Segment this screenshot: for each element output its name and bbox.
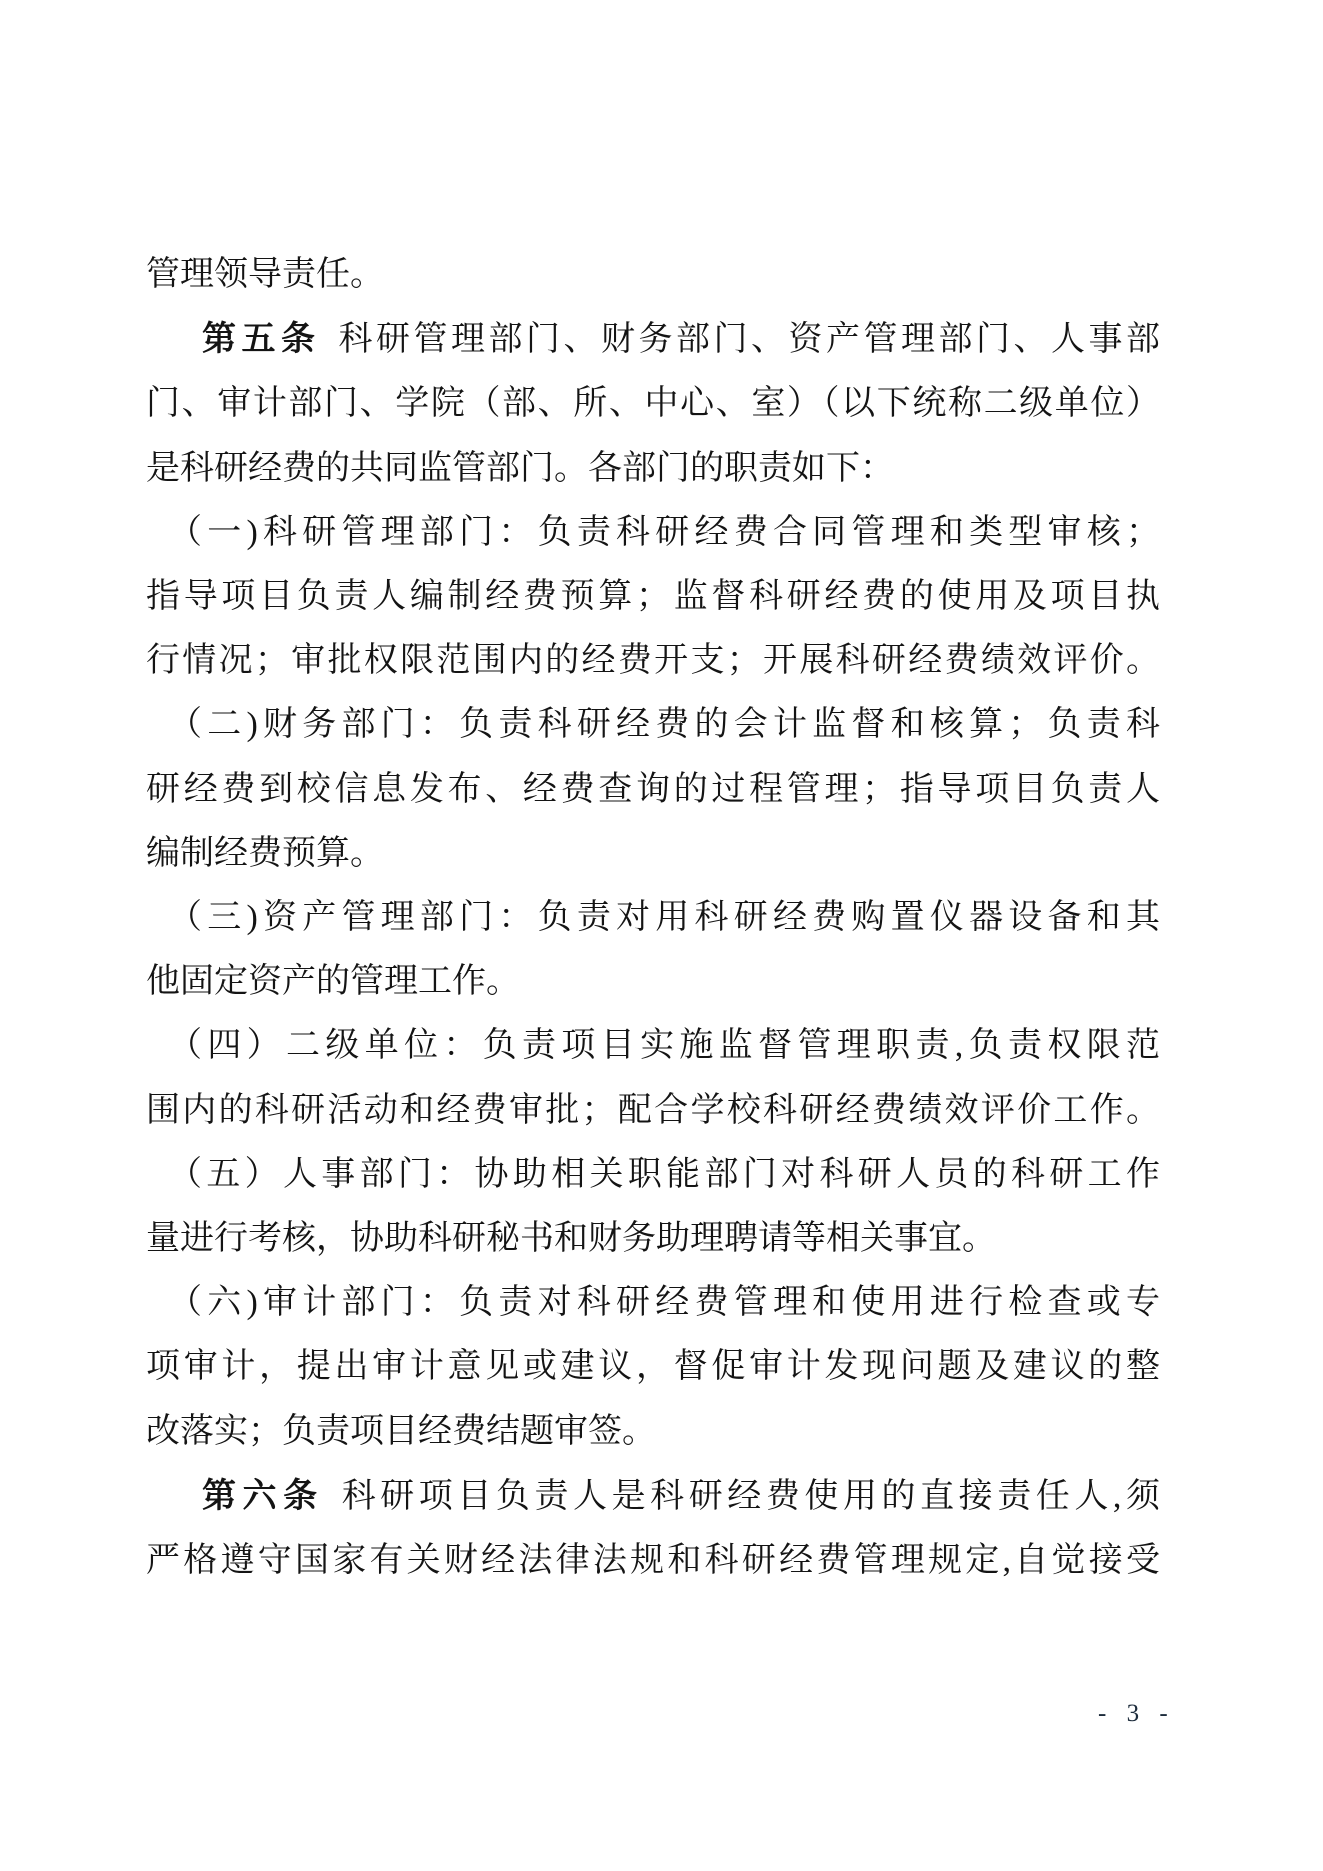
document-body: 管理领导责任。第五条科研管理部门、财务部门、资产管理部门、人事部门、审计部门、学…	[146, 243, 1160, 1593]
text-line-18: 项审计，提出审计意见或建议，督促审计发现问题及建议的整	[146, 1335, 1160, 1399]
document-page: 管理领导责任。第五条科研管理部门、财务部门、资产管理部门、人事部门、审计部门、学…	[0, 0, 1323, 1871]
text-line-20: 第六条科研项目负责人是科研经费使用的直接责任人,须	[146, 1464, 1160, 1529]
article-number-bold: 第五条	[202, 320, 321, 358]
text-line-16: 量进行考核，协助科研秘书和财务助理聘请等相关事宜。	[146, 1207, 1160, 1271]
text-line-7: 行情况；审批权限范围内的经费开支；开展科研经费绩效评价。	[146, 629, 1160, 693]
text-line-10: 编制经费预算。	[146, 822, 1160, 886]
text-line-5: （一)科研管理部门：负责科研经费合同管理和类型审核；	[146, 501, 1160, 565]
page-number: - 3 -	[1098, 1700, 1175, 1728]
article-number-bold: 第六条	[202, 1477, 324, 1515]
text-line-15: （五）人事部门：协助相关职能部门对科研人员的科研工作	[146, 1143, 1160, 1207]
text-line-11: （三)资产管理部门：负责对用科研经费购置仪器设备和其	[146, 886, 1160, 950]
text-line-3: 门、审计部门、学院（部、所、中心、室）（以下统称二级单位）	[146, 372, 1160, 436]
text-line-17: （六)审计部门：负责对科研经费管理和使用进行检查或专	[146, 1271, 1160, 1335]
text-line-8: （二)财务部门：负责科研经费的会计监督和核算；负责科	[146, 693, 1160, 757]
text-line-13: （四）二级单位：负责项目实施监督管理职责,负责权限范	[146, 1014, 1160, 1078]
text-line-4: 是科研经费的共同监管部门。各部门的职责如下：	[146, 437, 1160, 501]
text-line-14: 围内的科研活动和经费审批；配合学校科研经费绩效评价工作。	[146, 1079, 1160, 1143]
text-line-2: 第五条科研管理部门、财务部门、资产管理部门、人事部	[146, 307, 1160, 372]
text-line-6: 指导项目负责人编制经费预算；监督科研经费的使用及项目执	[146, 565, 1160, 629]
text-line-21: 严格遵守国家有关财经法律法规和科研经费管理规定,自觉接受	[146, 1529, 1160, 1593]
text-line-12: 他固定资产的管理工作。	[146, 950, 1160, 1014]
text-line-9: 研经费到校信息发布、经费查询的过程管理；指导项目负责人	[146, 758, 1160, 822]
text-line-1: 管理领导责任。	[146, 243, 1160, 307]
text-line-19: 改落实；负责项目经费结题审签。	[146, 1400, 1160, 1464]
